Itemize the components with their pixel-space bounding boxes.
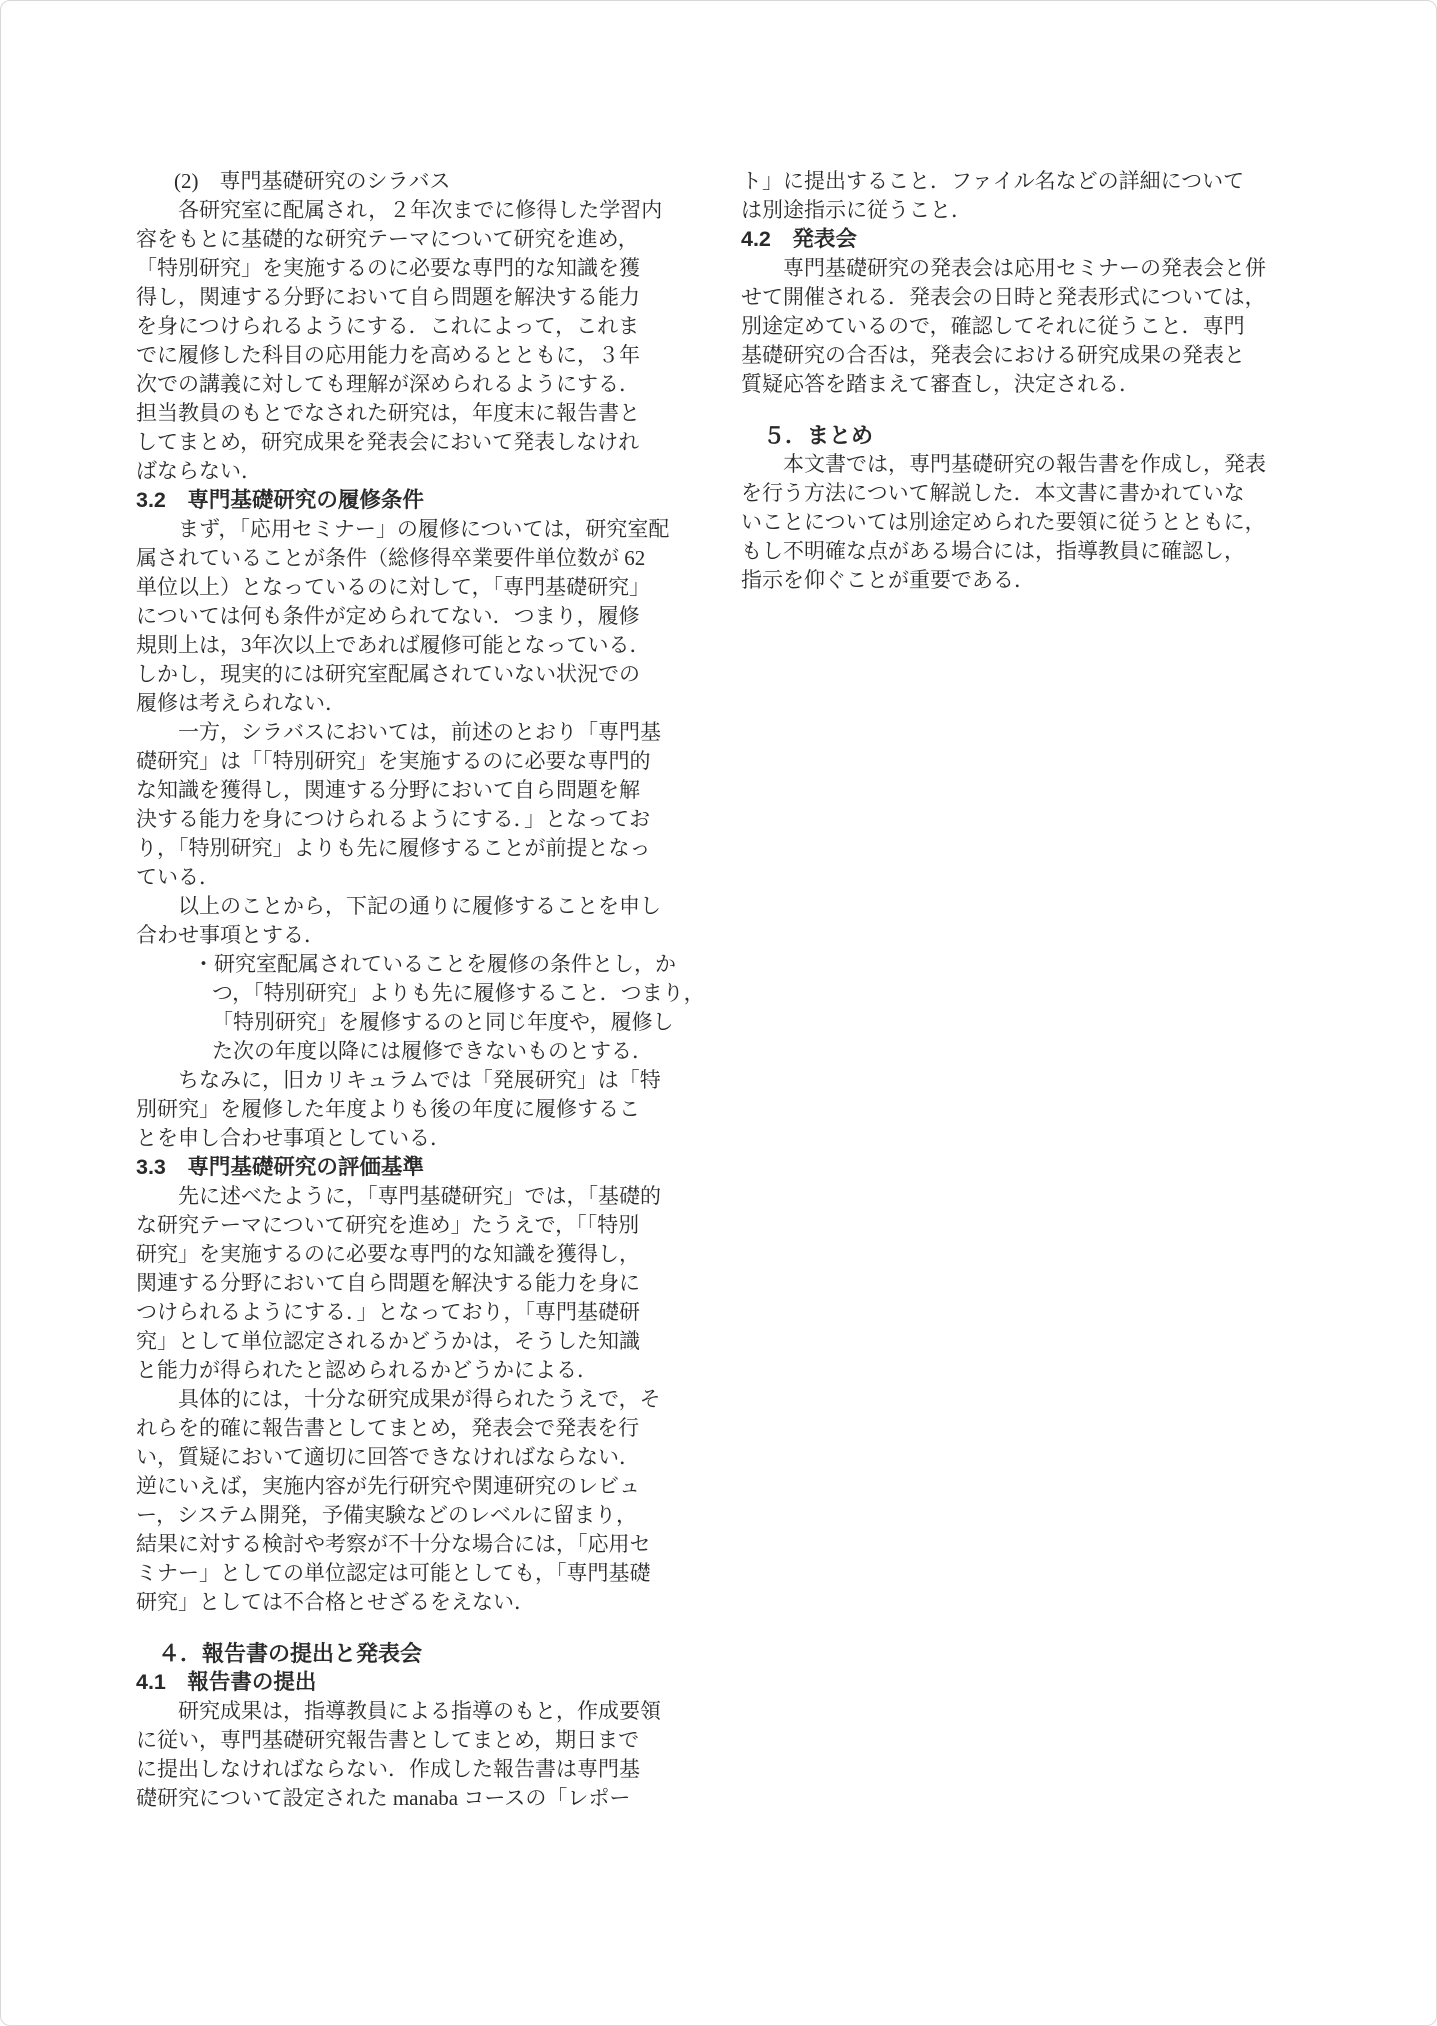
paragraph-teishutsu-1: 研究成果は，指導教員による指導のもと，作成要領に従い，専門基礎研究報告書としてま… — [136, 1697, 688, 1813]
paragraph-happyokai: 専門基礎研究の発表会は応用セミナーの発表会と併せて開催される．発表会の日時と発表… — [741, 254, 1293, 399]
text-line: 属されていることが条件（総修得卒業要件単位数が 62 — [136, 544, 688, 573]
right-column: ト」に提出すること．ファイル名などの詳細については別途指示に従うこと．4.2 発… — [741, 167, 1293, 595]
text-line: 規則上は，3年次以上であれば履修可能となっている． — [136, 631, 688, 660]
text-line: と能力が得られたと認められるかどうかによる． — [136, 1356, 688, 1385]
text-line: 決する能力を身につけられるようにする．」となってお — [136, 805, 688, 834]
text-line: れらを的確に報告書としてまとめ，発表会で発表を行 — [136, 1414, 688, 1443]
text-line: ト」に提出すること．ファイル名などの詳細について — [741, 167, 1293, 196]
text-line: 別途定めているので，確認してそれに従うこと．専門 — [741, 312, 1293, 341]
text-line: な研究テーマについて研究を進め」たうえで，「「特別 — [136, 1211, 688, 1240]
text-line: は別途指示に従うこと． — [741, 196, 1293, 225]
text-line: 次での講義に対しても理解が深められるようにする． — [136, 370, 688, 399]
text-line: に提出しなければならない．作成した報告書は専門基 — [136, 1755, 688, 1784]
text-line: 礎研究」は「「特別研究」を実施するのに必要な専門的 — [136, 747, 688, 776]
text-line: ー，システム開発，予備実験などのレベルに留まり， — [136, 1501, 688, 1530]
paragraph-hyoka-2: 具体的には，十分な研究成果が得られたうえで，それらを的確に報告書としてまとめ，発… — [136, 1385, 688, 1617]
item-label-syllabus: (2) 専門基礎研究のシラバス — [136, 167, 688, 196]
text-line: しかし，現実的には研究室配属されていない状況での — [136, 660, 688, 689]
text-line: い，質疑において適切に回答できなければならない． — [136, 1443, 688, 1472]
paragraph-risyu-2: 一方，シラバスにおいては，前述のとおり「専門基礎研究」は「「特別研究」を実施する… — [136, 718, 688, 892]
text-line: とを申し合わせ事項としている． — [136, 1124, 688, 1153]
subsection-heading-4-1: 4.1 報告書の提出 — [136, 1668, 688, 1697]
text-line: 合わせ事項とする． — [136, 921, 688, 950]
text-line: 3.3 専門基礎研究の評価基準 — [136, 1153, 688, 1182]
text-line: 本文書では，専門基礎研究の報告書を作成し，発表 — [741, 450, 1293, 479]
text-line: 研究成果は，指導教員による指導のもと，作成要領 — [136, 1697, 688, 1726]
text-line: せて開催される．発表会の日時と発表形式については， — [741, 283, 1293, 312]
text-line: 基礎研究の合否は，発表会における研究成果の発表と — [741, 341, 1293, 370]
text-line: 質疑応答を踏まえて審査し，決定される． — [741, 370, 1293, 399]
text-line: 3.2 専門基礎研究の履修条件 — [136, 486, 688, 515]
text-line: 履修は考えられない． — [136, 689, 688, 718]
text-line: 担当教員のもとでなされた研究は，年度末に報告書と — [136, 399, 688, 428]
subsection-heading-3-3: 3.3 専門基礎研究の評価基準 — [136, 1153, 688, 1182]
subsection-heading-4-2: 4.2 発表会 — [741, 225, 1293, 254]
paragraph-risyu-4: ちなみに，旧カリキュラムでは「発展研究」は「特別研究」を履修した年度よりも後の年… — [136, 1066, 688, 1153]
text-line: 「特別研究」を実施するのに必要な専門的な知識を獲 — [136, 254, 688, 283]
paragraph-syllabus: 各研究室に配属され，２年次までに修得した学習内容をもとに基礎的な研究テーマについ… — [136, 196, 688, 486]
text-line: 一方，シラバスにおいては，前述のとおり「専門基 — [136, 718, 688, 747]
text-line: ・研究室配属されていることを履修の条件とし，か — [136, 950, 688, 979]
text-line: つ，「特別研究」よりも先に履修すること．つまり， — [136, 979, 688, 1008]
text-line: については何も条件が定められてない．つまり，履修 — [136, 602, 688, 631]
section-heading-5: ５．まとめ — [741, 421, 1293, 450]
text-line: ちなみに，旧カリキュラムでは「発展研究」は「特 — [136, 1066, 688, 1095]
text-line: もし不明確な点がある場合には，指導教員に確認し， — [741, 537, 1293, 566]
text-line: 指示を仰ぐことが重要である． — [741, 566, 1293, 595]
text-line: に従い，専門基礎研究報告書としてまとめ，期日まで — [136, 1726, 688, 1755]
text-line: を行う方法について解説した．本文書に書かれていな — [741, 479, 1293, 508]
text-line: つけられるようにする．」となっており，「専門基礎研 — [136, 1298, 688, 1327]
document-page: (2) 専門基礎研究のシラバス各研究室に配属され，２年次までに修得した学習内容を… — [0, 0, 1437, 2026]
text-line: 別研究」を履修した年度よりも後の年度に履修するこ — [136, 1095, 688, 1124]
text-line: してまとめ，研究成果を発表会において発表しなけれ — [136, 428, 688, 457]
text-line: 単位以上）となっているのに対して，「専門基礎研究」 — [136, 573, 688, 602]
section-heading-4: ４．報告書の提出と発表会 — [136, 1639, 688, 1668]
text-line: 各研究室に配属され，２年次までに修得した学習内 — [136, 196, 688, 225]
text-line: 関連する分野において自ら問題を解決する能力を身に — [136, 1269, 688, 1298]
left-column: (2) 専門基礎研究のシラバス各研究室に配属され，２年次までに修得した学習内容を… — [136, 167, 688, 1813]
text-line: ている． — [136, 863, 688, 892]
text-line: り，「特別研究」よりも先に履修することが前提となっ — [136, 834, 688, 863]
text-line: 「特別研究」を履修するのと同じ年度や，履修し — [136, 1008, 688, 1037]
text-line: ばならない． — [136, 457, 688, 486]
text-line: 研究」を実施するのに必要な専門的な知識を獲得し， — [136, 1240, 688, 1269]
text-line: 得し，関連する分野において自ら問題を解決する能力 — [136, 283, 688, 312]
text-line: を身につけられるようにする．これによって，これま — [136, 312, 688, 341]
paragraph-matome: 本文書では，専門基礎研究の報告書を作成し，発表を行う方法について解説した．本文書… — [741, 450, 1293, 595]
text-line: な知識を獲得し，関連する分野において自ら問題を解 — [136, 776, 688, 805]
text-line: 専門基礎研究の発表会は応用セミナーの発表会と併 — [741, 254, 1293, 283]
text-line: 4.1 報告書の提出 — [136, 1668, 688, 1697]
text-line: いことについては別途定められた要領に従うとともに， — [741, 508, 1293, 537]
subsection-heading-3-2: 3.2 専門基礎研究の履修条件 — [136, 486, 688, 515]
text-line: 結果に対する検討や考察が不十分な場合には，「応用セ — [136, 1530, 688, 1559]
text-line: 具体的には，十分な研究成果が得られたうえで，そ — [136, 1385, 688, 1414]
text-line: まず，「応用セミナー」の履修については，研究室配 — [136, 515, 688, 544]
paragraph-hyoka-1: 先に述べたように，「専門基礎研究」では，「基礎的な研究テーマについて研究を進め」… — [136, 1182, 688, 1385]
text-line: 逆にいえば，実施内容が先行研究や関連研究のレビュ — [136, 1472, 688, 1501]
text-line: 究」として単位認定されるかどうかは，そうした知識 — [136, 1327, 688, 1356]
text-line: た次の年度以降には履修できないものとする． — [136, 1037, 688, 1066]
paragraph-risyu-3: 以上のことから，下記の通りに履修することを申し合わせ事項とする． — [136, 892, 688, 950]
text-line: 4.2 発表会 — [741, 225, 1293, 254]
text-line: でに履修した科目の応用能力を高めるとともに，３年 — [136, 341, 688, 370]
text-line: ミナー」としての単位認定は可能としても，「専門基礎 — [136, 1559, 688, 1588]
bullet-item-risyu-rule: ・研究室配属されていることを履修の条件とし，かつ，「特別研究」よりも先に履修する… — [136, 950, 688, 1066]
text-line: 研究」としては不合格とせざるをえない． — [136, 1588, 688, 1617]
text-line: 先に述べたように，「専門基礎研究」では，「基礎的 — [136, 1182, 688, 1211]
text-line: (2) 専門基礎研究のシラバス — [136, 167, 688, 196]
text-line: 以上のことから，下記の通りに履修することを申し — [136, 892, 688, 921]
text-line: ４．報告書の提出と発表会 — [136, 1639, 688, 1668]
text-line: ５．まとめ — [741, 421, 1293, 450]
paragraph-teishutsu-2: ト」に提出すること．ファイル名などの詳細については別途指示に従うこと． — [741, 167, 1293, 225]
paragraph-risyu-1: まず，「応用セミナー」の履修については，研究室配属されていることが条件（総修得卒… — [136, 515, 688, 718]
text-line: 礎研究について設定された manaba コースの「レポー — [136, 1784, 688, 1813]
text-line: 容をもとに基礎的な研究テーマについて研究を進め， — [136, 225, 688, 254]
